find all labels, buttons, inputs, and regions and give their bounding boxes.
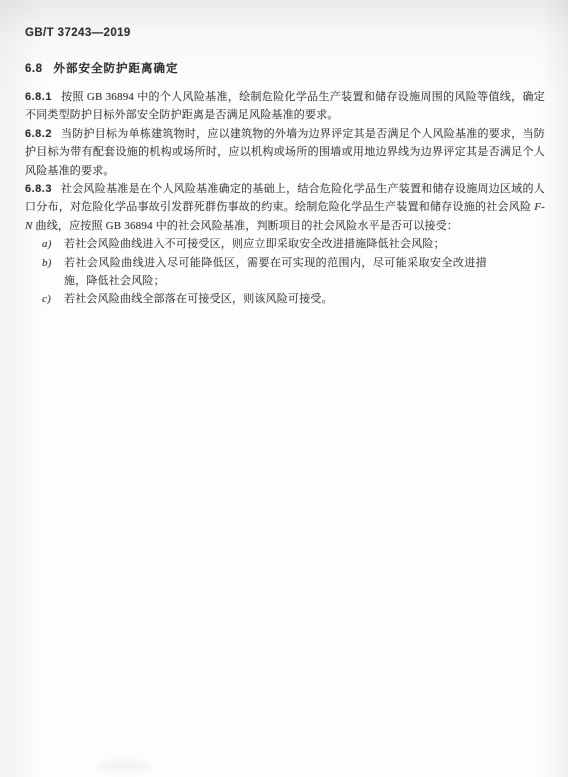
list-item-label: c) bbox=[42, 290, 64, 308]
list-item-label: a) bbox=[42, 235, 64, 253]
clause-number: 6.8.1 bbox=[25, 91, 52, 103]
document-page: GB/T 37243—2019 6.8外部安全防护距离确定 6.8.1按照 GB… bbox=[0, 0, 568, 777]
section-number: 6.8 bbox=[25, 63, 43, 75]
clause-text: 按照 GB 36894 中的个人风险基准，绘制危险化学品生产装置和储存设施周围的… bbox=[25, 91, 545, 121]
standard-number-header: GB/T 37243—2019 bbox=[25, 27, 545, 39]
section-title: 外部安全防护距离确定 bbox=[54, 63, 179, 75]
clause-number: 6.8.2 bbox=[25, 128, 52, 140]
clause-6-8-1: 6.8.1按照 GB 36894 中的个人风险基准，绘制危险化学品生产装置和储存… bbox=[25, 88, 545, 125]
clause-text: 曲线，应按照 GB 36894 中的社会风险基准，判断项目的社会风险水平是否可以… bbox=[33, 220, 459, 232]
list-item-a: a) 若社会风险曲线进入不可接受区，则应立即采取安全改进措施降低社会风险； bbox=[42, 235, 545, 253]
clause-6-8-3: 6.8.3社会风险基准是在个人风险基准确定的基础上，结合危险化学品生产装置和储存… bbox=[25, 180, 545, 235]
clause-6-8-2: 6.8.2当防护目标为单栋建筑物时，应以建筑物的外墙为边界评定其是否满足个人风险… bbox=[25, 125, 545, 180]
list-item-b: b) 若社会风险曲线进入尽可能降低区，需要在可实现的范围内，尽可能采取安全改进措… bbox=[42, 254, 545, 291]
list-item-c: c) 若社会风险曲线全部落在可接受区，则该风险可接受。 bbox=[42, 290, 545, 308]
scan-smudge bbox=[98, 760, 150, 772]
clause-text: 社会风险基准是在个人风险基准确定的基础上，结合危险化学品生产装置和储存设施周边区… bbox=[25, 183, 545, 213]
section-heading: 6.8外部安全防护距离确定 bbox=[25, 60, 545, 76]
list-item-text: 若社会风险曲线全部落在可接受区，则该风险可接受。 bbox=[64, 290, 545, 308]
clause-number: 6.8.3 bbox=[25, 183, 52, 195]
list-item-text: 若社会风险曲线进入不可接受区，则应立即采取安全改进措施降低社会风险； bbox=[64, 235, 545, 253]
list-item-text: 若社会风险曲线进入尽可能降低区，需要在可实现的范围内，尽可能采取安全改进措施，降… bbox=[64, 254, 545, 291]
list-item-label: b) bbox=[42, 254, 64, 272]
condition-list: a) 若社会风险曲线进入不可接受区，则应立即采取安全改进措施降低社会风险； b)… bbox=[25, 235, 545, 309]
clause-text: 当防护目标为单栋建筑物时，应以建筑物的外墙为边界评定其是否满足个人风险基准的要求… bbox=[25, 128, 545, 177]
